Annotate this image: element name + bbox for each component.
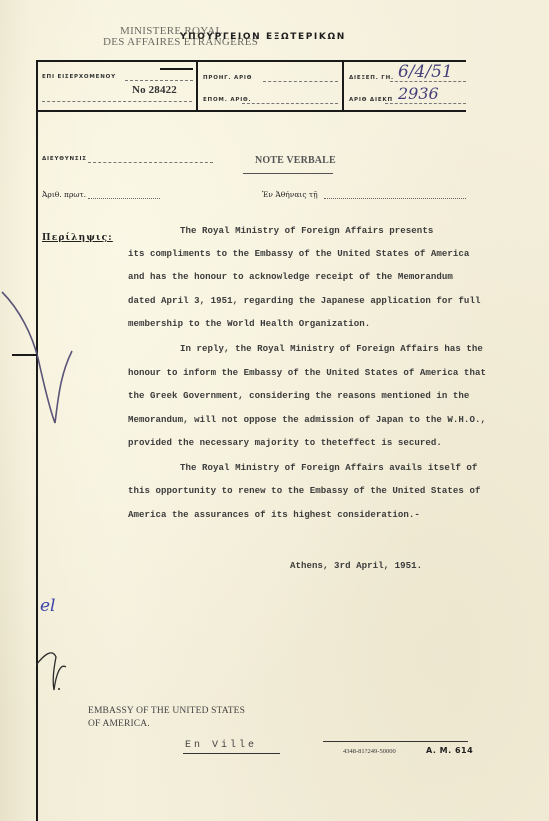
body-line: membership to the World Health Organizat… — [128, 318, 370, 329]
dispatch-date-label: ΔΙΕΞΕΠ. ΓΗ. — [349, 75, 394, 81]
body-line: The Royal Ministry of Foreign Affairs av… — [180, 462, 477, 473]
body-line: The Royal Ministry of Foreign Affairs pr… — [180, 225, 433, 236]
body-line: Memorandum, will not oppose the admissio… — [128, 414, 486, 425]
body-line: provided the necessary majority to thete… — [128, 437, 442, 448]
signature-mark-icon — [36, 645, 76, 695]
place-date-label: Ἐν Ἀθήναις τῇ — [262, 190, 318, 199]
incoming-number: No 28422 — [132, 84, 177, 96]
dispatch-number-value: 2936 — [398, 84, 439, 103]
addressee-line-2: OF AMERICA. — [88, 719, 150, 729]
directorate-label: ΔΙΕΥΘΥΝΣΙΣ — [42, 156, 87, 162]
body-line: America the assurances of its highest co… — [128, 509, 420, 520]
body-line: dated April 3, 1951, regarding the Japan… — [128, 295, 480, 306]
form-code: A. M. 614 — [426, 746, 473, 755]
summary-label: Περίληψις: — [42, 233, 113, 243]
check-mark-icon — [0, 250, 100, 460]
letterhead-greek-title: ΥΠΟΥΡΓΕΙΟΝ ΕΞΩΤΕΡΙΚΩΝ — [180, 32, 346, 42]
body-line: honour to inform the Embassy of the Unit… — [128, 367, 486, 378]
body-line: the Greek Government, considering the re… — [128, 390, 469, 401]
margin-initial-blue: el — [40, 596, 56, 616]
closing-place-date: Athens, 3rd April, 1951. — [290, 560, 422, 571]
body-line: its compliments to the Embassy of the Un… — [128, 248, 469, 259]
addressee-line-1: EMBASSY OF THE UNITED STATES — [88, 706, 245, 716]
body-line: this opportunity to renew to the Embassy… — [128, 485, 480, 496]
body-line: In reply, the Royal Ministry of Foreign … — [180, 343, 483, 354]
note-title: NOTE VERBALE — [255, 155, 336, 166]
previous-number-label: ΠΡΟΗΓ. ΑΡΙΘ — [203, 75, 252, 81]
body-line: and has the honour to acknowledge receip… — [128, 271, 453, 282]
protocol-number-label: Ἀριθ. πρωτ. — [42, 190, 86, 199]
incoming-label: ΕΠΙ ΕΙΣΕΡΧΟΜΕΝΟΥ — [42, 74, 116, 80]
print-code: 4348-81?249-50000 — [343, 748, 396, 755]
addressee-location: En Ville — [185, 740, 257, 751]
dispatch-date-value: 6/4/51 — [398, 62, 453, 82]
